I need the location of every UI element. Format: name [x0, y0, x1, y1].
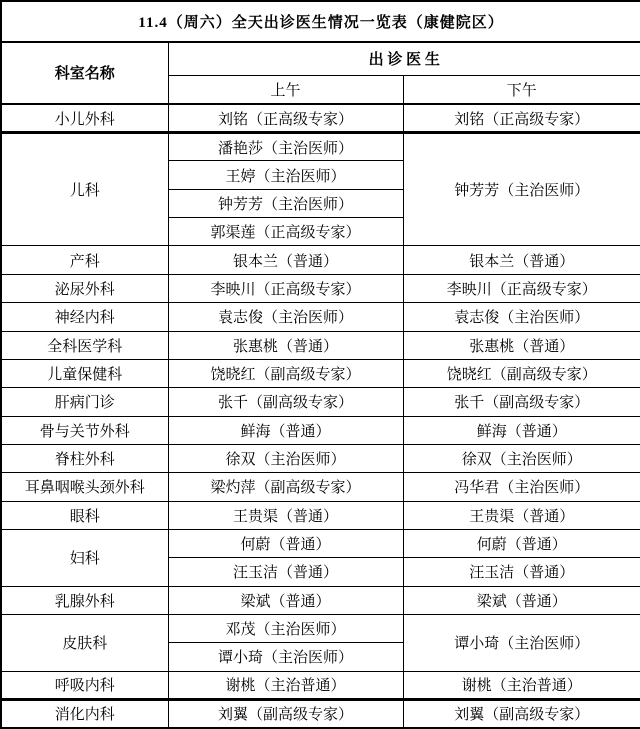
page-title: 11.4（周六）全天出诊医生情况一览表（康健院区） — [1, 1, 640, 42]
table-row: 眼科 王贵渠（普通） 王贵渠（普通） — [1, 501, 640, 529]
table-row: 小儿外科 刘铭（正高级专家） 刘铭（正高级专家） — [1, 104, 640, 132]
doctor-cell-morning: 谢桃（主治普通） — [168, 671, 403, 699]
department-cell: 乳腺外科 — [1, 586, 168, 614]
department-cell: 骨与关节外科 — [1, 416, 168, 444]
department-cell: 眼科 — [1, 501, 168, 529]
table-row: 脊柱外科 徐双（主治医师） 徐双（主治医师） — [1, 444, 640, 472]
department-cell: 消化内科 — [1, 699, 168, 728]
doctor-cell-afternoon: 梁斌（普通） — [403, 586, 640, 614]
doctor-cell-morning: 梁灼萍（副高级专家） — [168, 473, 403, 501]
doctor-cell-afternoon: 李映川（正高级专家） — [403, 274, 640, 302]
doctor-cell-morning: 徐双（主治医师） — [168, 444, 403, 472]
header-afternoon: 下午 — [403, 76, 640, 104]
doctor-cell-morning: 刘翼（副高级专家） — [168, 699, 403, 728]
table-row: 妇科 何蔚（普通） 何蔚（普通） — [1, 529, 640, 557]
department-cell: 脊柱外科 — [1, 444, 168, 472]
doctor-cell-afternoon: 鲜海（普通） — [403, 416, 640, 444]
doctor-cell-morning: 谭小琦（主治医师） — [168, 643, 403, 671]
department-cell: 妇科 — [1, 529, 168, 586]
doctor-cell-morning: 何蔚（普通） — [168, 529, 403, 557]
header-doctors: 出 诊 医 生 — [168, 42, 640, 76]
header-department: 科室名称 — [1, 42, 168, 105]
department-cell: 肝病门诊 — [1, 388, 168, 416]
doctor-cell-afternoon: 银本兰（普通） — [403, 246, 640, 274]
doctor-cell-morning: 张千（副高级专家） — [168, 388, 403, 416]
doctor-cell-afternoon: 王贵渠（普通） — [403, 501, 640, 529]
title-row: 11.4（周六）全天出诊医生情况一览表（康健院区） — [1, 1, 640, 42]
doctor-cell-afternoon: 谢桃（主治普通） — [403, 671, 640, 699]
table-row: 呼吸内科 谢桃（主治普通） 谢桃（主治普通） — [1, 671, 640, 699]
doctor-cell-afternoon: 刘翼（副高级专家） — [403, 699, 640, 728]
doctor-cell-morning: 钟芳芳（主治医师） — [168, 189, 403, 217]
doctor-cell-morning: 郭渠莲（正高级专家） — [168, 218, 403, 246]
department-cell: 全科医学科 — [1, 331, 168, 359]
doctor-cell-afternoon: 饶晓红（副高级专家） — [403, 359, 640, 387]
doctor-cell-afternoon: 钟芳芳（主治医师） — [403, 133, 640, 246]
doctor-cell-afternoon: 张千（副高级专家） — [403, 388, 640, 416]
department-cell: 小儿外科 — [1, 104, 168, 132]
doctor-cell-morning: 潘艳莎（主治医师） — [168, 133, 403, 161]
department-cell: 儿童保健科 — [1, 359, 168, 387]
header-morning: 上午 — [168, 76, 403, 104]
doctor-cell-morning: 饶晓红（副高级专家） — [168, 359, 403, 387]
doctor-cell-morning: 王贵渠（普通） — [168, 501, 403, 529]
department-cell: 产科 — [1, 246, 168, 274]
doctor-cell-morning: 李映川（正高级专家） — [168, 274, 403, 302]
table-row: 神经内科 袁志俊（主治医师） 袁志俊（主治医师） — [1, 303, 640, 331]
doctor-cell-afternoon: 袁志俊（主治医师） — [403, 303, 640, 331]
doctor-cell-afternoon: 谭小琦（主治医师） — [403, 614, 640, 671]
doctor-cell-afternoon: 刘铭（正高级专家） — [403, 104, 640, 132]
table-row: 骨与关节外科 鲜海（普通） 鲜海（普通） — [1, 416, 640, 444]
doctor-cell-afternoon: 徐双（主治医师） — [403, 444, 640, 472]
table-row: 皮肤科 邓茂（主治医师） 谭小琦（主治医师） — [1, 614, 640, 642]
doctor-cell-morning: 袁志俊（主治医师） — [168, 303, 403, 331]
department-cell: 神经内科 — [1, 303, 168, 331]
doctor-cell-afternoon: 何蔚（普通） — [403, 529, 640, 557]
doctor-cell-morning: 张惠桃（普通） — [168, 331, 403, 359]
table-row: 乳腺外科 梁斌（普通） 梁斌（普通） — [1, 586, 640, 614]
department-cell: 儿科 — [1, 133, 168, 246]
doctor-cell-morning: 银本兰（普通） — [168, 246, 403, 274]
doctor-cell-morning: 刘铭（正高级专家） — [168, 104, 403, 132]
department-cell: 耳鼻咽喉头颈外科 — [1, 473, 168, 501]
table-row: 泌尿外科 李映川（正高级专家） 李映川（正高级专家） — [1, 274, 640, 302]
table-row: 消化内科 刘翼（副高级专家） 刘翼（副高级专家） — [1, 699, 640, 728]
table-row: 儿童保健科 饶晓红（副高级专家） 饶晓红（副高级专家） — [1, 359, 640, 387]
table-row: 肝病门诊 张千（副高级专家） 张千（副高级专家） — [1, 388, 640, 416]
doctor-cell-afternoon: 张惠桃（普通） — [403, 331, 640, 359]
schedule-page: 11.4（周六）全天出诊医生情况一览表（康健院区） 科室名称 出 诊 医 生 上… — [0, 0, 640, 729]
doctor-cell-morning: 梁斌（普通） — [168, 586, 403, 614]
table-row: 全科医学科 张惠桃（普通） 张惠桃（普通） — [1, 331, 640, 359]
department-cell: 泌尿外科 — [1, 274, 168, 302]
doctor-cell-afternoon: 汪玉洁（普通） — [403, 558, 640, 586]
doctor-cell-morning: 王婷（主治医师） — [168, 161, 403, 189]
table-row: 儿科 潘艳莎（主治医师） 钟芳芳（主治医师） — [1, 133, 640, 161]
department-cell: 皮肤科 — [1, 614, 168, 671]
doctor-cell-morning: 邓茂（主治医师） — [168, 614, 403, 642]
doctor-cell-morning: 鲜海（普通） — [168, 416, 403, 444]
doctor-schedule-table: 11.4（周六）全天出诊医生情况一览表（康健院区） 科室名称 出 诊 医 生 上… — [0, 0, 640, 729]
doctor-cell-afternoon: 冯华君（主治医师） — [403, 473, 640, 501]
doctor-cell-morning: 汪玉洁（普通） — [168, 558, 403, 586]
table-row: 产科 银本兰（普通） 银本兰（普通） — [1, 246, 640, 274]
header-row-top: 科室名称 出 诊 医 生 — [1, 42, 640, 76]
table-row: 耳鼻咽喉头颈外科 梁灼萍（副高级专家） 冯华君（主治医师） — [1, 473, 640, 501]
department-cell: 呼吸内科 — [1, 671, 168, 699]
